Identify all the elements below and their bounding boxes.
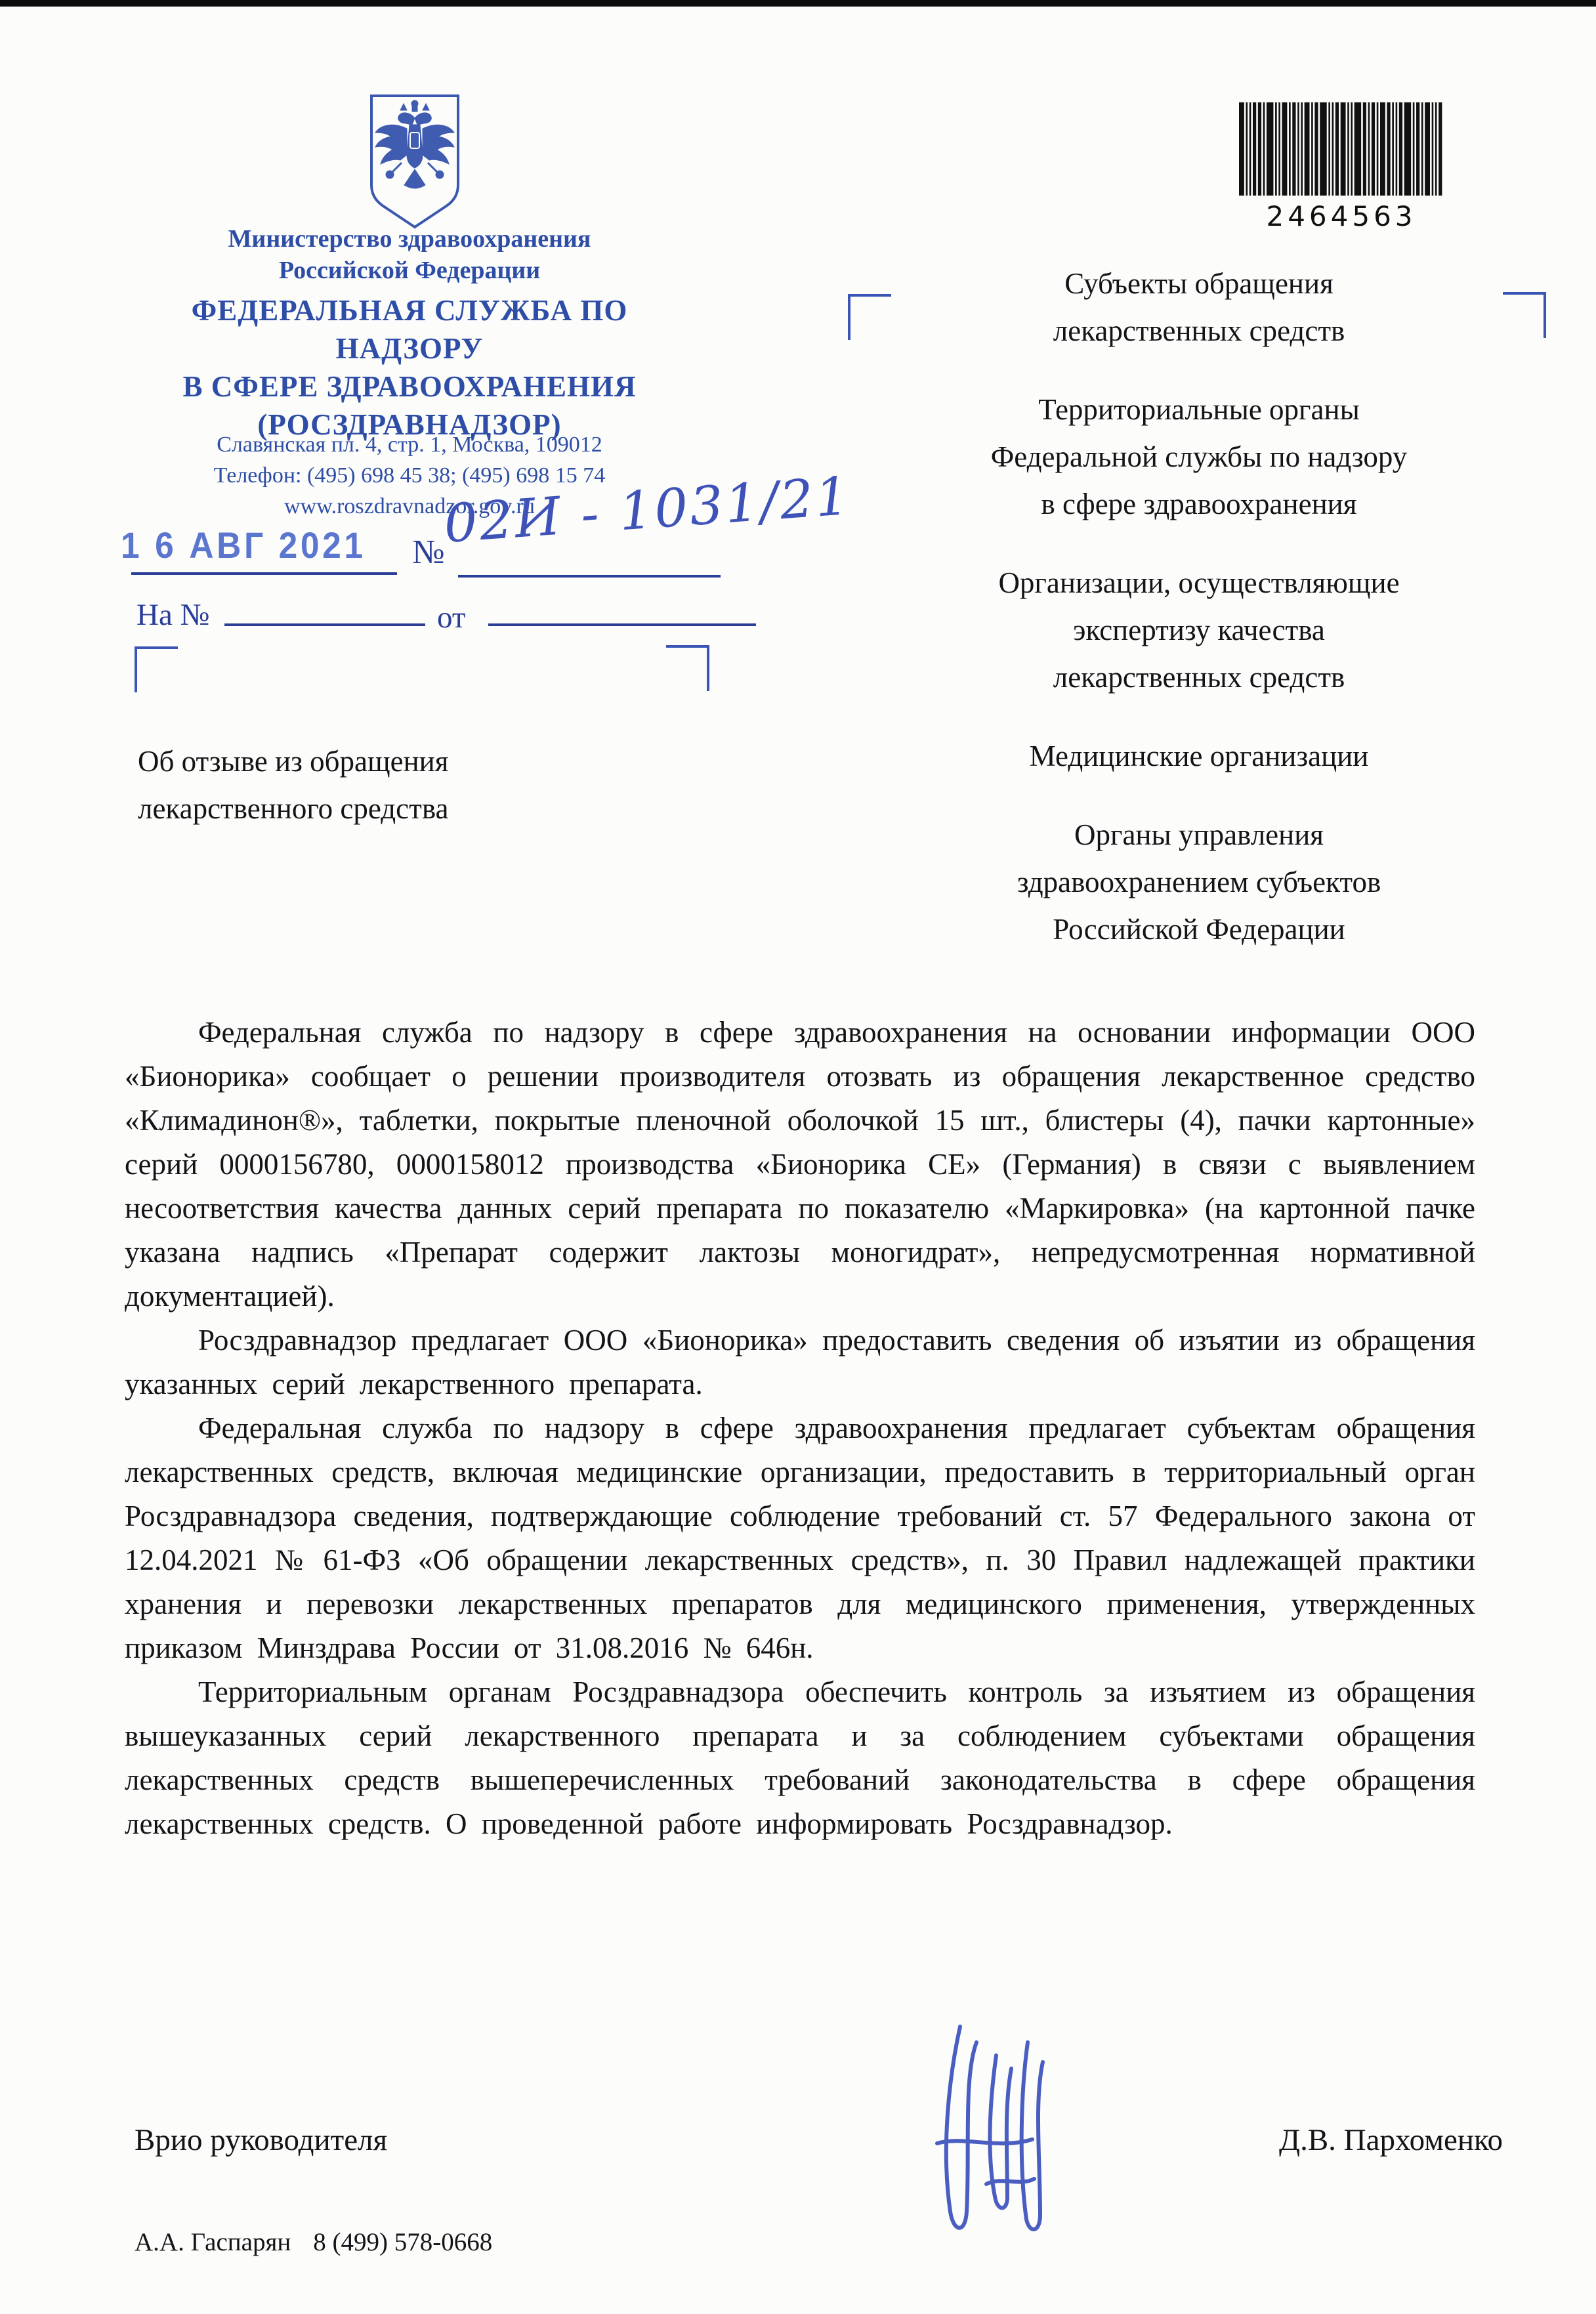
service-line2: В СФЕРЕ ЗДРАВООХРАНЕНИЯ [117,368,702,406]
number-underline [458,575,721,578]
executor-line: А.А. Гаспарян8 (499) 578-0668 [135,2227,492,2257]
recipient-line: Российской Федерации [828,906,1570,953]
ministry-line2: Российской Федерации [117,255,702,286]
recipient-territorial-bodies: Территориальные органы Федеральной служб… [828,386,1570,528]
executor-name: А.А. Гаспарян [135,2228,291,2256]
scan-edge-artifact [0,0,1596,7]
barcode-bars [1239,102,1444,196]
reply-date-blank-line [488,623,756,626]
postal-address: Славянская пл. 4, стр. 1, Москва, 109012 [117,429,702,460]
recipient-line: экспертизу качества [828,606,1570,654]
registration-barcode: 2464563 [1239,102,1444,232]
corner-mark-left-zone-tl [135,646,178,692]
recipient-line: Субъекты обращения [828,260,1570,307]
body-paragraph-recall-notice: Федеральная служба по надзору в сфере зд… [125,1011,1475,1318]
subject-line1: Об отзыве из обращения [138,738,448,785]
recipient-line: лекарственных средств [828,654,1570,701]
signer-name: Д.В. Пархоменко [1279,2122,1503,2158]
reply-to-number-label: На № [136,597,209,633]
barcode-number: 2464563 [1239,200,1444,232]
recipients-list: Субъекты обращения лекарственных средств… [828,260,1570,984]
reply-from-label: от [437,600,465,635]
number-sign: № [412,533,445,572]
russian-coat-of-arms-emblem [361,92,469,231]
executor-phone: 8 (499) 578-0668 [313,2228,492,2256]
ministry-line1: Министерство здравоохранения [117,223,702,255]
body-paragraph-request-to-bionorica: Росздравнадзор предлагает ООО «Бионорика… [125,1318,1475,1406]
handwritten-signature [898,2015,1062,2251]
recipient-line: Органы управления [828,811,1570,858]
recipient-line: Медицинские организации [828,732,1570,780]
date-underline [131,572,397,575]
letter-body: Федеральная служба по надзору в сфере зд… [125,1011,1475,1846]
service-line1: ФЕДЕРАЛЬНАЯ СЛУЖБА ПО НАДЗОРУ [117,291,702,368]
recipient-line: лекарственных средств [828,307,1570,354]
letter-subject: Об отзыве из обращения лекарственного ср… [138,738,448,832]
scanned-letter-page: Министерство здравоохранения Российской … [0,0,1596,2314]
date-stamp: 1 6 АВГ 2021 [121,524,366,566]
ministry-name: Министерство здравоохранения Российской … [117,223,702,286]
recipient-line: здравоохранением субъектов [828,858,1570,906]
reply-number-blank-line [224,623,425,626]
corner-mark-left-zone-tr [666,645,709,691]
recipient-regional-health-authorities: Органы управления здравоохранением субъе… [828,811,1570,953]
recipient-line: в сфере здравоохранения [828,480,1570,528]
subject-line2: лекарственного средства [138,785,448,832]
recipient-line: Организации, осуществляющие [828,559,1570,606]
signer-position: Врио руководителя [135,2122,387,2158]
recipient-line: Территориальные органы [828,386,1570,433]
recipient-quality-expertise-organizations: Организации, осуществляющие экспертизу к… [828,559,1570,701]
service-name: ФЕДЕРАЛЬНАЯ СЛУЖБА ПО НАДЗОРУ В СФЕРЕ ЗД… [117,291,702,444]
body-paragraph-request-to-subjects: Федеральная служба по надзору в сфере зд… [125,1406,1475,1670]
body-paragraph-territorial-control: Территориальным органам Росздравнадзора … [125,1670,1475,1846]
recipient-medical-organizations: Медицинские организации [828,732,1570,780]
recipient-line: Федеральной службы по надзору [828,433,1570,480]
recipient-subjects-of-drug-circulation: Субъекты обращения лекарственных средств [828,260,1570,354]
